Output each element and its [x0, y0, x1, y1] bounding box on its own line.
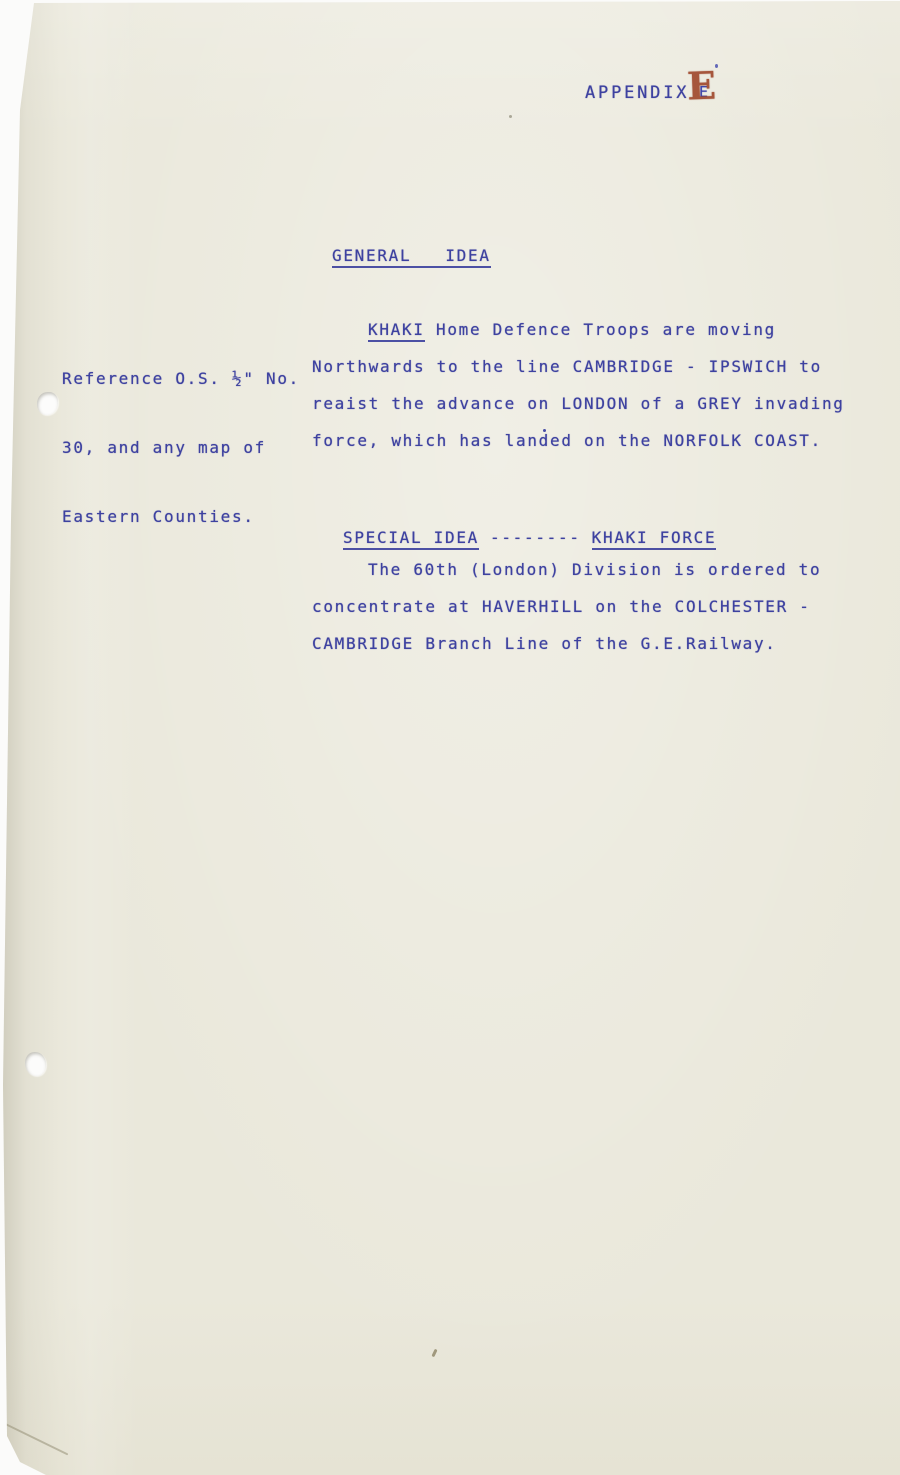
paragraph-line: force, which has landed on the NORFOLK C… — [312, 422, 845, 459]
margin-reference-note: Reference O.S. ½" No. 30, and any map of… — [62, 321, 300, 574]
margin-note-line: Reference O.S. ½" No. — [62, 367, 300, 390]
punch-hole-bottom — [25, 1052, 46, 1076]
ink-speck — [431, 1349, 437, 1358]
margin-note-line: Eastern Counties. — [62, 505, 300, 528]
paragraph-line: KHAKI Home Defence Troops are moving — [312, 311, 845, 348]
general-idea-heading: GENERAL IDEA — [332, 246, 491, 265]
paragraph-line: concentrate at HAVERHILL on the COLCHEST… — [312, 588, 821, 625]
appendix-label: APPENDIX — [585, 83, 689, 103]
punch-hole-top — [37, 392, 58, 415]
paragraph-line: The 60th (London) Division is ordered to — [312, 551, 821, 588]
margin-note-line: 30, and any map of — [62, 436, 300, 459]
paragraph-line: reaist the advance on LONDON of a GREY i… — [312, 385, 845, 422]
scanned-document: APPENDIX E E GENERAL IDEA Reference O.S.… — [0, 0, 900, 1475]
general-idea-heading-text: GENERAL IDEA — [332, 246, 491, 268]
special-idea-heading-right: KHAKI FORCE — [592, 528, 717, 550]
paragraph-line: CAMBRIDGE Branch Line of the G.E.Railway… — [312, 625, 821, 662]
paragraph-text: Home Defence Troops are moving — [425, 320, 776, 339]
appendix-letter-stamp: E — [686, 63, 717, 109]
paper-edge-shadow — [0, 0, 900, 1475]
heading-dash-separator: -------- — [490, 528, 581, 547]
special-idea-heading: SPECIAL IDEA--------KHAKI FORCE — [343, 528, 716, 547]
khaki-word: KHAKI — [368, 320, 425, 342]
special-idea-heading-left: SPECIAL IDEA — [343, 528, 479, 550]
paper-sheet: APPENDIX E E GENERAL IDEA Reference O.S.… — [0, 0, 900, 1475]
ink-speck — [509, 115, 512, 118]
paper-crease — [0, 1419, 68, 1456]
paragraph-line: Northwards to the line CAMBRIDGE - IPSWI… — [312, 348, 845, 385]
special-idea-paragraph: The 60th (London) Division is ordered to… — [312, 551, 821, 662]
ink-speck — [715, 64, 718, 68]
general-idea-paragraph: KHAKI Home Defence Troops are moving Nor… — [312, 311, 845, 459]
